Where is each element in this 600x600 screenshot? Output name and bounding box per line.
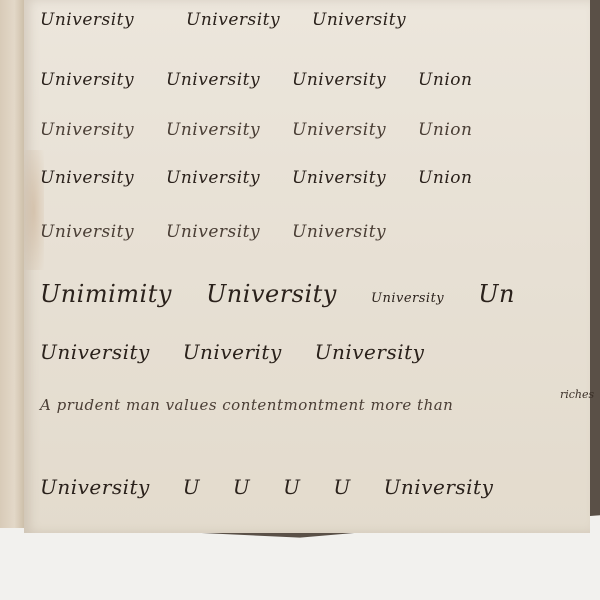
handwritten-word: University xyxy=(186,10,280,30)
handwriting-line-6: Unimimity University University Un xyxy=(40,280,541,308)
handwritten-word: University xyxy=(292,222,386,242)
handwritten-word: University xyxy=(166,70,260,90)
handwritten-word: University xyxy=(315,340,425,364)
handwritten-word: University xyxy=(166,120,260,140)
handwritten-word: University xyxy=(40,340,150,364)
handwritten-word: University xyxy=(312,10,406,30)
handwritten-letter: U xyxy=(183,475,200,499)
superscript-correction: riches xyxy=(560,388,594,401)
handwritten-word: Union xyxy=(418,70,472,90)
handwriting-line-5: University University University xyxy=(40,222,412,242)
handwritten-word: University xyxy=(292,168,386,188)
handwritten-word: University xyxy=(40,120,134,140)
handwritten-word: University xyxy=(384,475,494,499)
handwritten-word: Union xyxy=(418,120,472,140)
handwritten-word: Union xyxy=(418,168,472,188)
handwritten-letter: U xyxy=(333,475,350,499)
handwritten-word: Unimimity xyxy=(40,280,172,308)
handwritten-word: University xyxy=(40,70,134,90)
handwritten-letter: U xyxy=(283,475,300,499)
handwriting-line-2: University University University Union xyxy=(40,70,498,90)
handwriting-line-1: University University University xyxy=(40,10,432,30)
handwritten-word: University xyxy=(166,168,260,188)
handwriting-line-3: University University University Union xyxy=(40,120,498,140)
handwriting-line-9: University U U U U University xyxy=(40,475,519,499)
handwritten-word: Univerity xyxy=(183,340,282,364)
handwriting-line-8-sentence: A prudent man values contentmontment mor… xyxy=(40,396,479,414)
handwritten-sentence: A prudent man values contentmontment mor… xyxy=(40,396,453,414)
handwriting-line-7: University Univerity University xyxy=(40,340,450,364)
handwritten-word: University xyxy=(292,70,386,90)
handwritten-word: University xyxy=(40,168,134,188)
handwritten-word: University xyxy=(40,10,134,30)
left-page-edge xyxy=(0,0,25,528)
handwriting-line-4: University University University Union xyxy=(40,168,498,188)
handwritten-word: University xyxy=(292,120,386,140)
handwritten-word: University xyxy=(206,280,337,308)
handwritten-letter: U xyxy=(233,475,250,499)
handwritten-word: University xyxy=(40,475,150,499)
handwritten-word: University xyxy=(371,291,444,306)
handwritten-word: University xyxy=(166,222,260,242)
handwritten-word: University xyxy=(40,222,134,242)
handwritten-word: Un xyxy=(478,280,515,308)
